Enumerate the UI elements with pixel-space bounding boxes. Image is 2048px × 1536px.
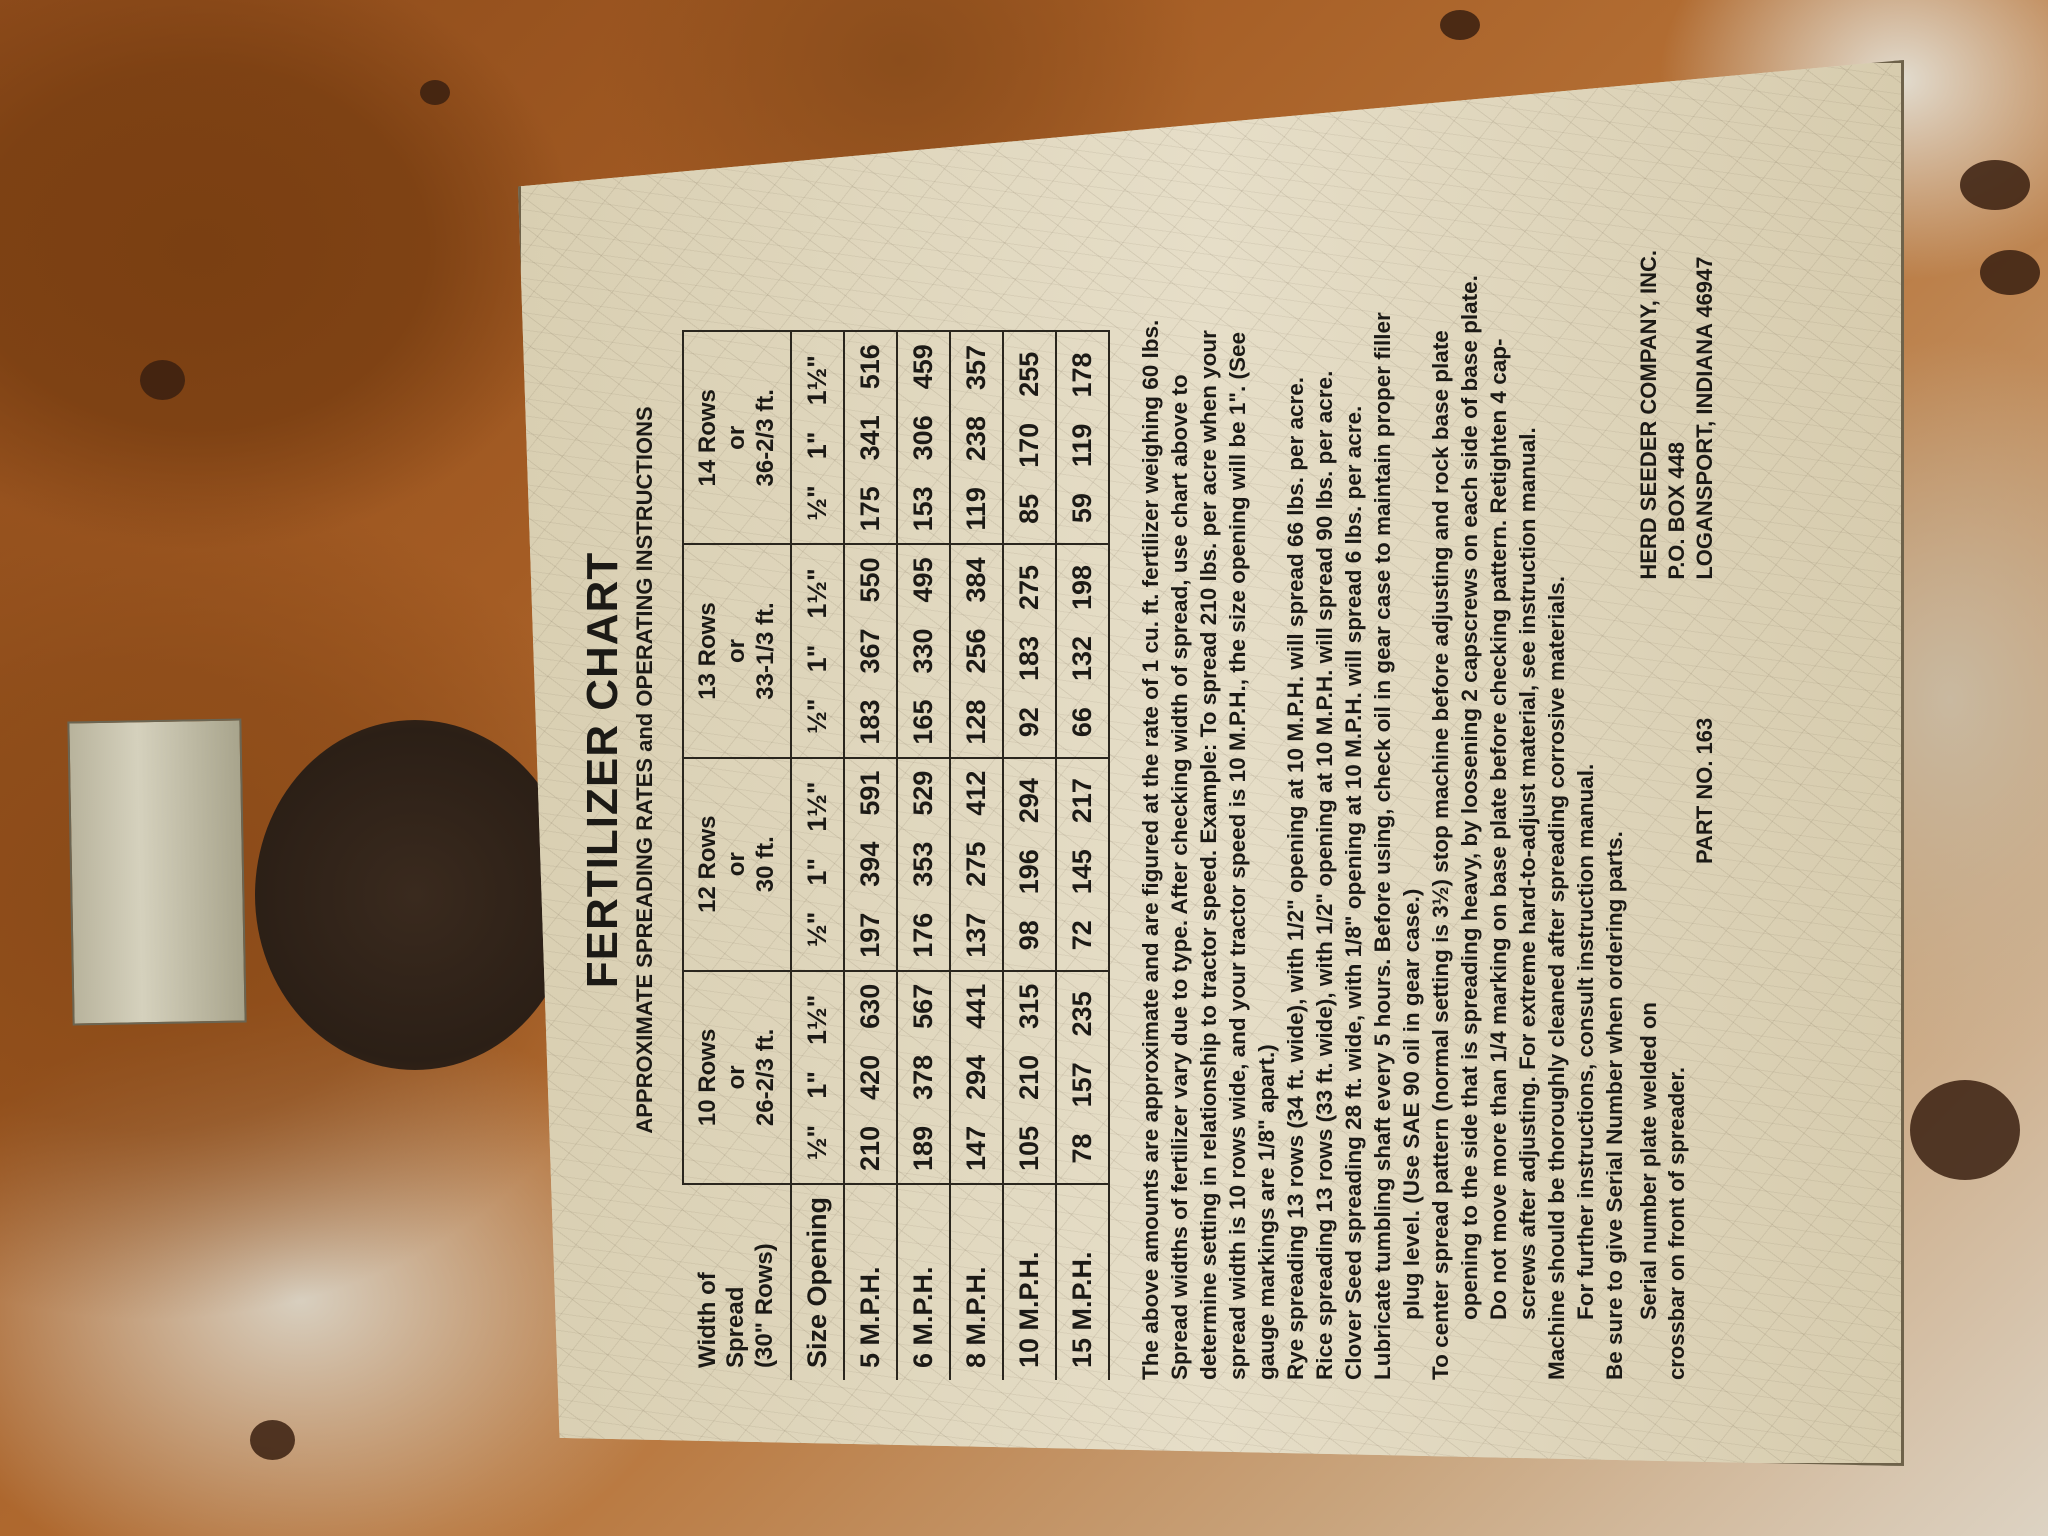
serial-note: Serial number plate welded on crossbar o… (1635, 1002, 1719, 1380)
rust-spot (140, 360, 185, 400)
plate-footer: Serial number plate welded on crossbar o… (1635, 250, 1719, 1380)
column-header-10-rows: 10 Rowsor26-2/3 ft. (683, 971, 791, 1184)
table-row: 5 M.P.H. 210420630 197394591 183367550 1… (844, 331, 897, 1380)
plate-content: FERTILIZER CHART APPROXIMATE SPREADING R… (558, 100, 1858, 1440)
table-row: 8 M.P.H. 147294441 137275412 128256384 1… (950, 331, 1003, 1380)
company-address: HERD SEEDER COMPANY, INC. P.O. BOX 448 L… (1635, 250, 1719, 580)
table-header-row: Width of Spread (30" Rows) 10 Rowsor26-2… (683, 331, 791, 1380)
rust-spot (1440, 10, 1480, 40)
rust-spot (1910, 1080, 2020, 1180)
operating-instructions: The above amounts are approximate and ar… (1136, 250, 1629, 1380)
size-opening-label: Size Opening (791, 1184, 844, 1380)
rust-spot (1960, 160, 2030, 210)
table-row: 10 M.P.H. 105210315 98196294 92183275 85… (1003, 331, 1056, 1380)
chart-title: FERTILIZER CHART (578, 100, 628, 1440)
rust-spot (1980, 250, 2040, 295)
metal-patch (67, 719, 246, 1026)
column-header-12-rows: 12 Rowsor30 ft. (683, 758, 791, 971)
part-number: PART NO. 163 (1691, 718, 1719, 864)
column-header-14-rows: 14 Rowsor36-2/3 ft. (683, 331, 791, 544)
rust-spot (420, 80, 450, 105)
width-of-spread-header: Width of Spread (30" Rows) (683, 1184, 791, 1380)
table-row: 6 M.P.H. 189378567 176353529 165330495 1… (897, 331, 950, 1380)
table-row: 15 M.P.H. 78157235 72145217 66132198 591… (1056, 331, 1109, 1380)
column-header-13-rows: 13 Rowsor33-1/3 ft. (683, 544, 791, 757)
rust-spot (250, 1420, 295, 1460)
spreading-rate-table: Width of Spread (30" Rows) 10 Rowsor26-2… (682, 330, 1110, 1380)
rusted-bolt-head (255, 720, 575, 1070)
size-opening-row: Size Opening ½"1"1½" ½"1"1½" ½"1"1½" ½"1… (791, 331, 844, 1380)
chart-subtitle: APPROXIMATE SPREADING RATES and OPERATIN… (632, 100, 658, 1440)
